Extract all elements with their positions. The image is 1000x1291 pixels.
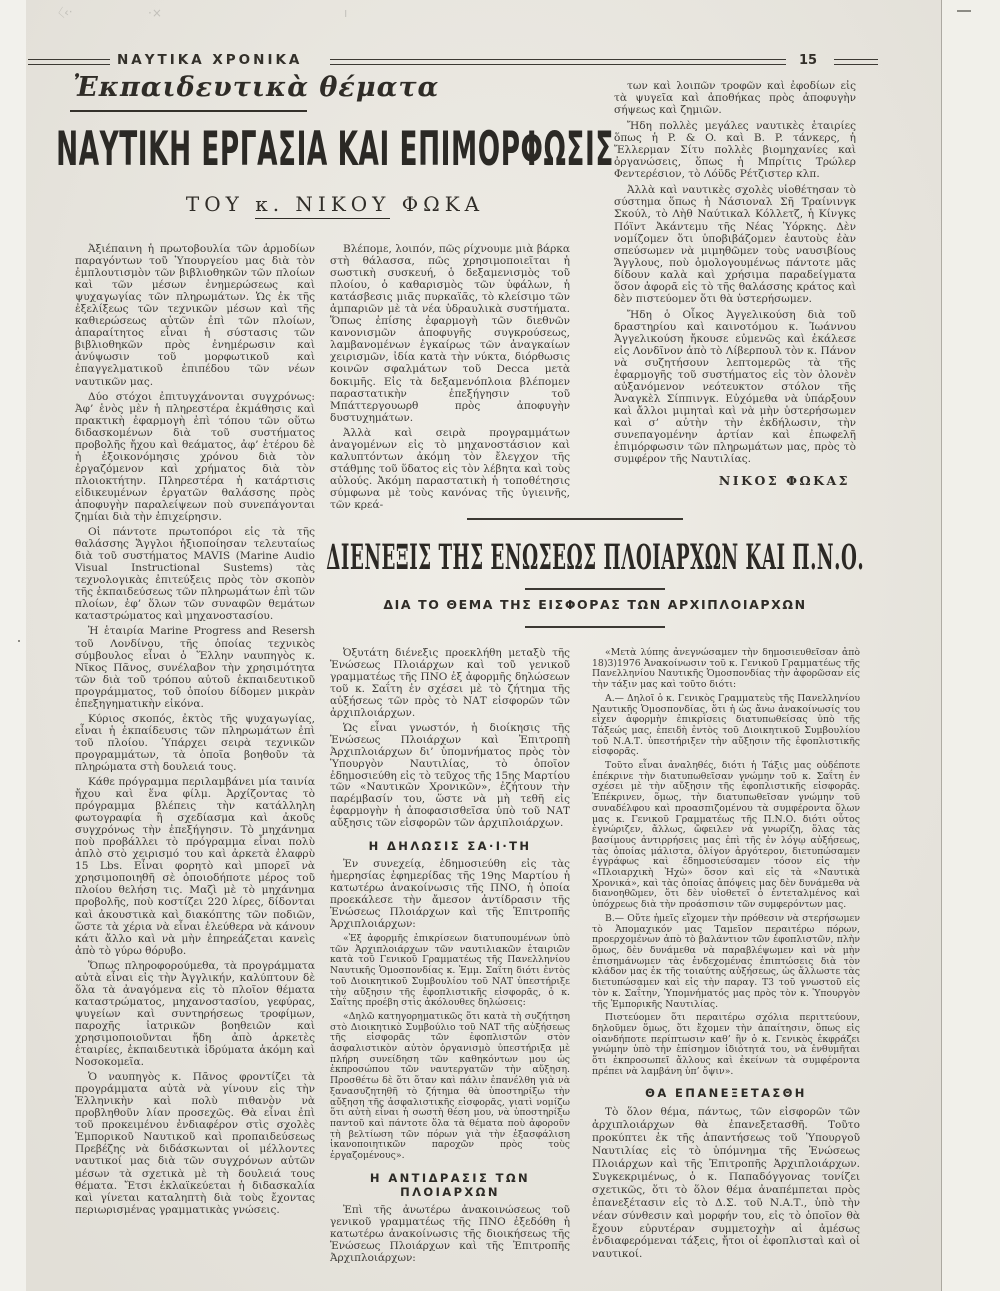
paragraph: Ἡ ἑταιρία Marine Progress and Resersh το… bbox=[75, 625, 315, 709]
section-heading-captains-reaction: Η ΑΝΤΙΔΡΑΣΙΣ ΤΩΝ ΠΛΟΙΑΡΧΩΝ bbox=[330, 1171, 570, 1199]
header-rule-left bbox=[28, 59, 110, 65]
quoted-paragraph: «Μετὰ λύπης ἀνεγνώσαμεν τὴν δημοσιευθεῖσ… bbox=[592, 648, 860, 691]
byline-name: κ. ΝΙΚΟΥ bbox=[255, 192, 390, 219]
paragraph: Ἀλλὰ καὶ ναυτικὲς σχολὲς υἱοθέτησαν τὸ σ… bbox=[614, 184, 856, 304]
magazine-page: 〈‹· ·× ı ΝΑΥΤΙΚΑ ΧΡΟΝΙΚΑ 15 Ἐκπαιδευτικὰ… bbox=[0, 0, 1000, 1291]
quoted-paragraph: Α.— Δηλοῖ ὁ κ. Γενικὸς Γραμματεὺς τῆς Πα… bbox=[592, 694, 860, 758]
article1-kicker: Ἐκπαιδευτικὰ θέματα bbox=[73, 72, 439, 103]
article2-headline: ΔΙΕΝΕΞΙΣ ΤΗΣ ΕΝΩΣΕΩΣ ΠΛΟΙΑΡΧΩΝ ΚΑΙ Π.Ν.Ο… bbox=[330, 536, 860, 578]
header-rule-center bbox=[330, 59, 786, 65]
scan-speck bbox=[18, 640, 20, 642]
paragraph: Οἱ πάντοτε πρωτοπόροι εἰς τὰ τῆς θαλάσση… bbox=[75, 526, 315, 622]
article1-column3: των καὶ λοιπῶν τροφῶν καὶ ἐφοδίων εἰς τὰ… bbox=[614, 80, 856, 488]
byline-surname: ΦΩΚΑ bbox=[402, 192, 484, 216]
paragraph: των καὶ λοιπῶν τροφῶν καὶ ἐφοδίων εἰς τὰ… bbox=[614, 80, 856, 116]
article2-subtitle: ΔΙΑ ΤΟ ΘΕΜΑ ΤΗΣ ΕΙΣΦΟΡΑΣ ΤΩΝ ΑΡΧΙΠΛΟΙΑΡΧ… bbox=[330, 597, 860, 612]
article1-byline: ΤΟΥ κ. ΝΙΚΟΥ ΦΩΚΑ bbox=[70, 192, 600, 216]
header-rule-right bbox=[834, 59, 878, 65]
quoted-paragraph: «Ἐξ ἀφορμῆς ἐπικρίσεων διατυπουμένων ὑπὸ… bbox=[330, 934, 570, 1009]
paragraph: Ἤδη ὁ Οἶκος Ἀγγελικούση διὰ τοῦ δραστηρί… bbox=[614, 309, 856, 466]
quoted-paragraph: Πιστεύομεν ὅτι περαιτέρω σχόλια περιττεύ… bbox=[592, 1013, 860, 1077]
paragraph: Ἐν συνεχείᾳ, ἐδημοσιεύθη εἰς τὰς ἡμερησί… bbox=[330, 859, 570, 931]
article-separator-rule bbox=[467, 518, 683, 520]
quoted-paragraph: «Δηλῶ κατηγορηματικῶς ὅτι κατὰ τὴ συζήτη… bbox=[330, 1012, 570, 1162]
paragraph: Ἐπὶ τῆς ἀνωτέρω ἀνακοινώσεως τοῦ γενικοῦ… bbox=[330, 1205, 570, 1265]
subtitle-rule-bottom bbox=[525, 626, 665, 628]
page-number: 15 bbox=[799, 53, 817, 68]
scan-left-margin bbox=[0, 0, 26, 1291]
page-edge-shadow bbox=[941, 0, 942, 1291]
paragraph: Τὸ ὅλον θέμα, πάντως, τῶν εἰσφορῶν τῶν ἀ… bbox=[592, 1106, 860, 1261]
quoted-paragraph: Β.— Οὔτε ἡμεῖς εἴχομεν τὴν πρόθεσιν νὰ σ… bbox=[592, 914, 860, 1010]
paragraph: Ἤδη πολλὲς μεγάλες ναυτικὲς ἑταιρίες ὅπω… bbox=[614, 120, 856, 180]
article1-column2: Βλέπομε, λοιπόν, πῶς ρίχνουμε μιὰ βάρκα … bbox=[330, 243, 570, 514]
paragraph: Δύο στόχοι ἐπιτυγχάνονται συγχρόνως: Ἀφ’… bbox=[75, 391, 315, 524]
quoted-paragraph: Τοῦτο εἶναι ἀναληθές, διότι ἡ Τάξις μας … bbox=[592, 761, 860, 911]
article2-column1: Ὀξυτάτη διένεξις προεκλήθη μεταξὺ τῆς Ἑν… bbox=[330, 648, 570, 1268]
paragraph: Ὀξυτάτη διένεξις προεκλήθη μεταξὺ τῆς Ἑν… bbox=[330, 648, 570, 720]
article1-headline: ΝΑΥΤΙΚΗ ΕΡΓΑΣΙΑ ΚΑΙ ΕΠΙΜΟΡΦΩΣΙΣ bbox=[70, 118, 600, 180]
paragraph: Κάθε πρόγραμμα περιλαμβάνει μία ταινία ἤ… bbox=[75, 776, 315, 957]
article1-headline-text: ΝΑΥΤΙΚΗ ΕΡΓΑΣΙΑ ΚΑΙ ΕΠΙΜΟΡΦΩΣΙΣ bbox=[56, 122, 614, 177]
byline-prefix: ΤΟΥ bbox=[186, 192, 244, 216]
pencil-mark: 〈‹· bbox=[51, 3, 74, 23]
kicker-underline bbox=[70, 110, 307, 112]
section-heading-saiti-statement: Η ΔΗΛΩΣΙΣ ΣΑ·Ι·ΤΗ bbox=[330, 839, 570, 853]
subtitle-rule-top bbox=[525, 588, 665, 590]
article1-column1: Ἀξιέπαινη ἡ πρωτοβουλία τῶν ἁρμοδίων παρ… bbox=[75, 243, 315, 1219]
paragraph: Ὡς εἶναι γνωστόν, ἡ διοίκησις τῆς Ἑνώσεω… bbox=[330, 723, 570, 831]
scan-right-margin bbox=[942, 0, 1000, 1291]
paragraph: Ὁ ναυπηγὸς κ. Πᾶνος φροντίζει τὰ προγράμ… bbox=[75, 1071, 315, 1216]
paragraph: Ἀξιέπαινη ἡ πρωτοβουλία τῶν ἁρμοδίων παρ… bbox=[75, 243, 315, 388]
article2-headline-text: ΔΙΕΝΕΞΙΣ ΤΗΣ ΕΝΩΣΕΩΣ ΠΛΟΙΑΡΧΩΝ ΚΑΙ Π.Ν.Ο… bbox=[326, 537, 864, 578]
scan-speck bbox=[957, 10, 971, 12]
paragraph: Ὅπως πληροφορούμεθα, τὰ προγράμματα αὐτὰ… bbox=[75, 960, 315, 1068]
paragraph: Ἀλλὰ καὶ σειρὰ προγραμμάτων ἀναγομένων ε… bbox=[330, 427, 570, 511]
section-heading-reexamination: ΘΑ ΕΠΑΝΕΞΕΤΑΣΘΗ bbox=[592, 1086, 860, 1100]
masthead: ΝΑΥΤΙΚΑ ΧΡΟΝΙΚΑ bbox=[117, 52, 302, 68]
pencil-mark: ·× bbox=[148, 6, 162, 20]
pencil-mark: ı bbox=[344, 6, 347, 20]
article2-column2: «Μετὰ λύπης ἀνεγνώσαμεν τὴν δημοσιευθεῖσ… bbox=[592, 648, 860, 1264]
paragraph: Βλέπομε, λοιπόν, πῶς ρίχνουμε μιὰ βάρκα … bbox=[330, 243, 570, 424]
paragraph: Κύριος σκοπός, ἐκτὸς τῆς ψυχαγωγίας, εἶν… bbox=[75, 713, 315, 773]
article1-signature: ΝΙΚΟΣ ΦΩΚΑΣ bbox=[614, 473, 856, 488]
